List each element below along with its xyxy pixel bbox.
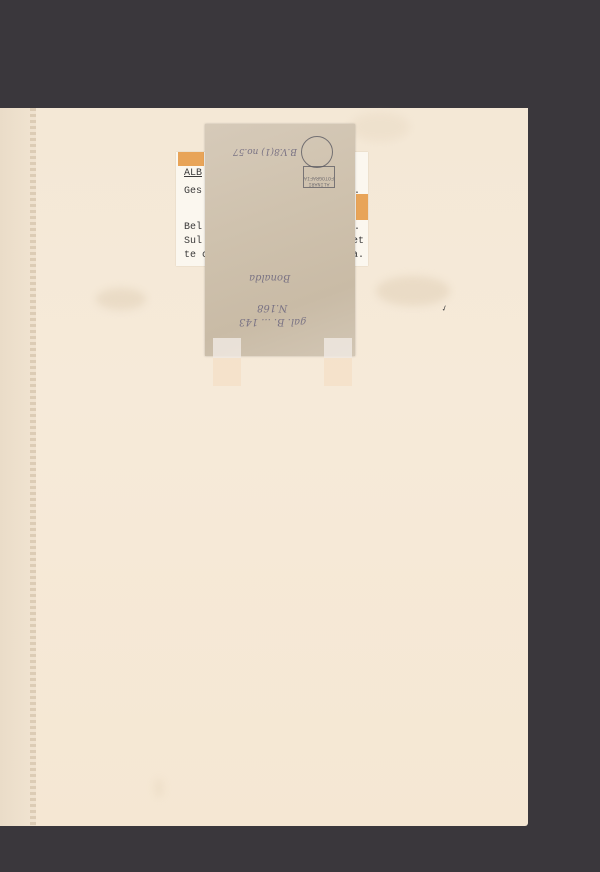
stain	[96, 288, 146, 310]
label-line-2: Ges	[184, 186, 202, 197]
handwritten-reference: gal. B. ... 143	[239, 316, 306, 327]
photographer-stamp-icon	[301, 136, 333, 168]
handwritten-inventory-number: B.V.8(1) no.57	[233, 146, 297, 156]
pen-mark: ✓	[440, 303, 449, 314]
stain	[350, 112, 410, 142]
stain	[154, 778, 164, 798]
photographer-stamp-box: ALINARI FOTOGRAFIA	[303, 166, 335, 188]
label-line-1: ALB	[184, 168, 202, 179]
hinge-tape-right-lower	[324, 358, 352, 386]
orange-tape	[356, 194, 368, 220]
mounted-photograph-back: ALINARI FOTOGRAFIA B.V.8(1) no.57 Bonald…	[205, 124, 355, 356]
label-line-4: Bel	[184, 222, 202, 233]
hinge-tape-left-lower	[213, 358, 241, 386]
handwritten-number: N.168	[257, 302, 287, 313]
hinge-tape-right	[324, 338, 352, 360]
hinge-tape-left	[213, 338, 241, 360]
label-line-5: Sul	[184, 236, 202, 247]
stain	[376, 276, 450, 306]
perforated-edge	[30, 108, 36, 826]
handwritten-name: Bonalda	[249, 272, 290, 283]
orange-tape	[178, 152, 204, 166]
